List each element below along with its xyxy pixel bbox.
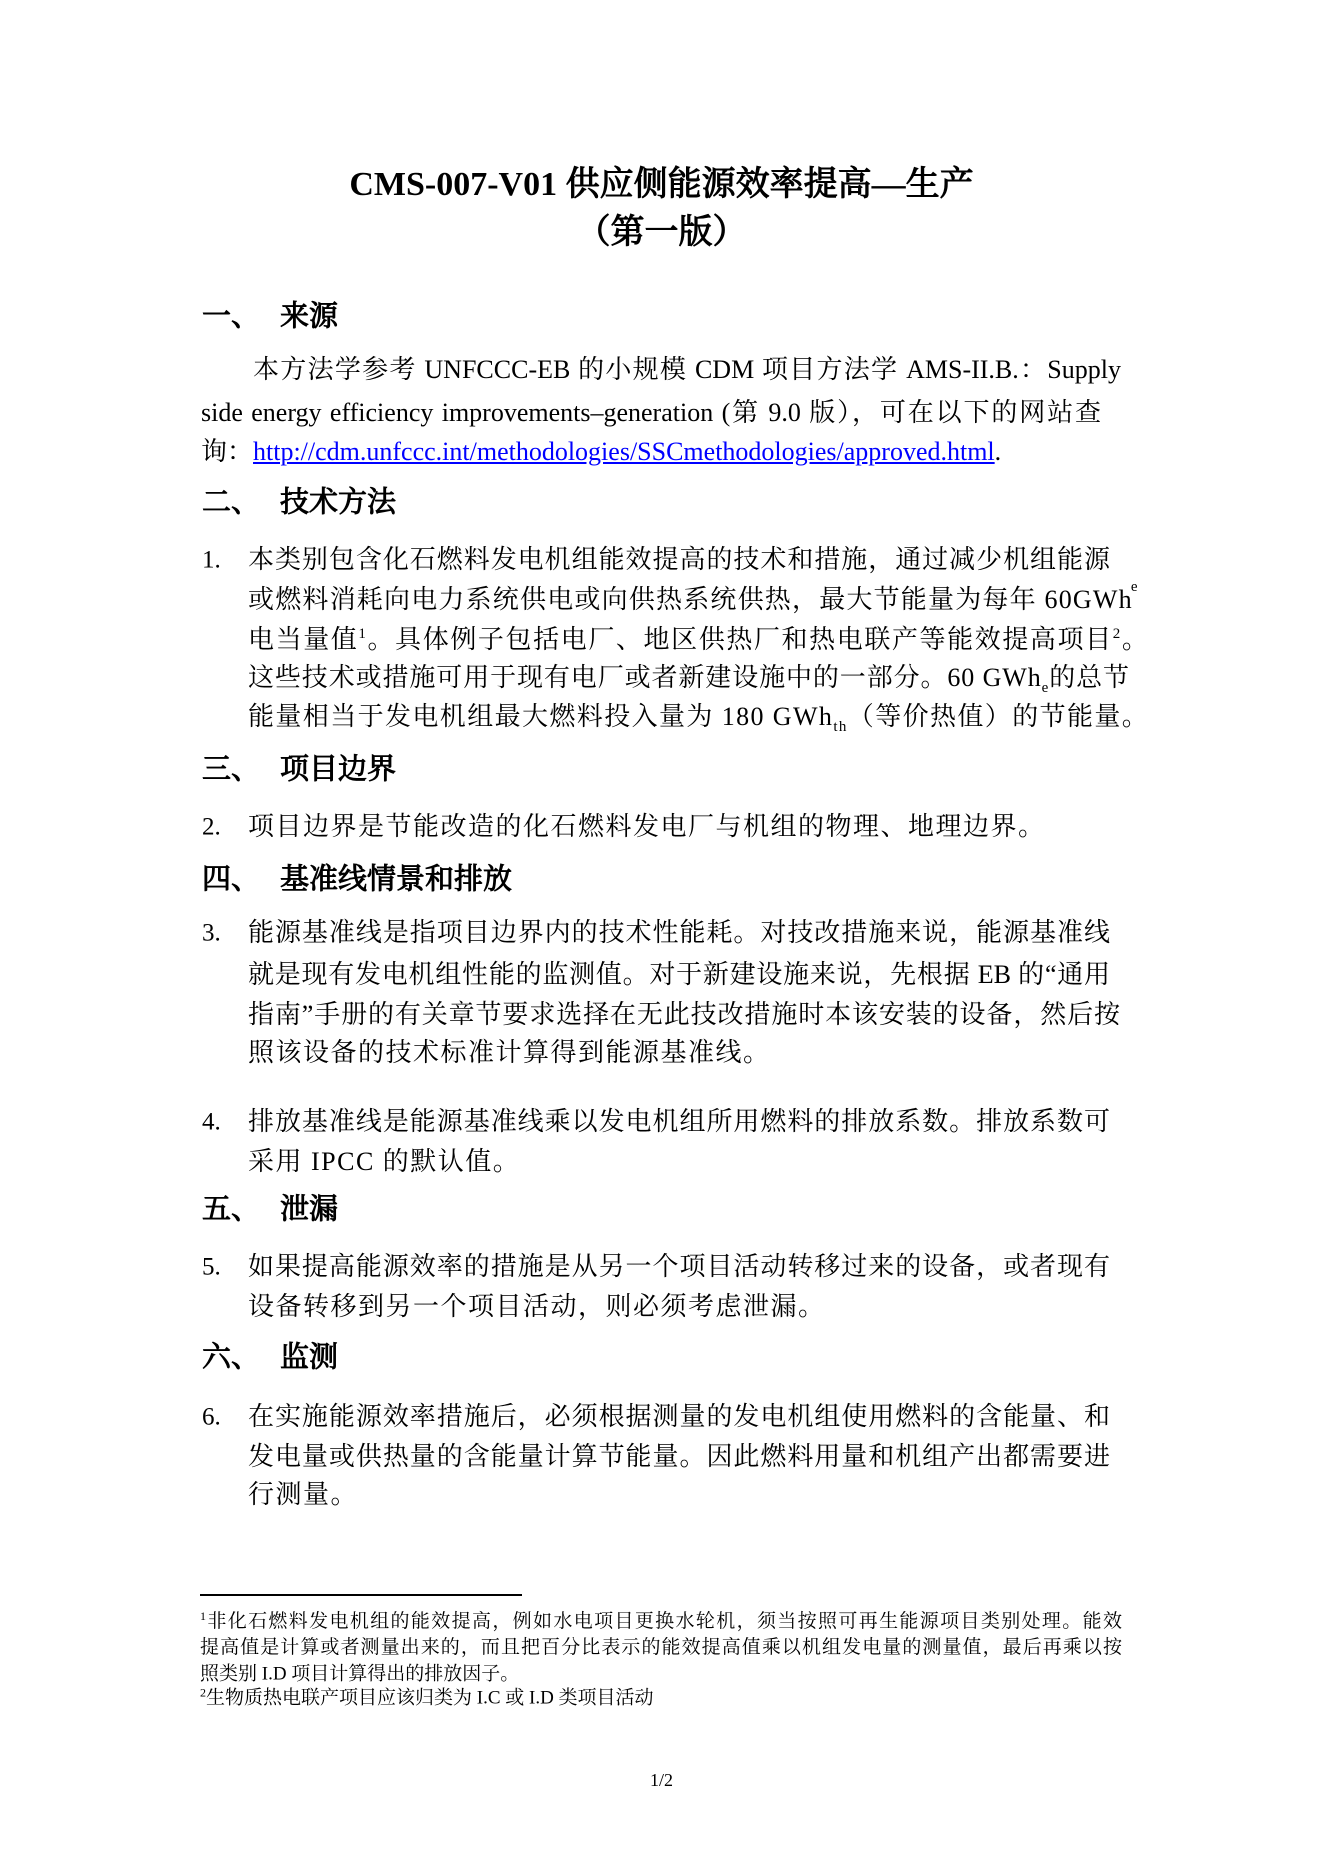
- section-title: 监测: [280, 1342, 338, 1374]
- subscript-th: th: [833, 719, 847, 735]
- item1-line3-period: 。: [1122, 625, 1150, 654]
- item5-line1: 如果提高能源效率的措施是从另一个项目活动转移过来的设备，或者现有: [248, 1251, 1110, 1283]
- footnote-separator: [200, 1594, 522, 1596]
- item1-line4-a: 这些技术或措施可用于现有电厂或者新建设施中的一部分。60 GWh: [248, 663, 1042, 692]
- footnote-1-line2: 提高值是计算或者测量出来的，而且把百分比表示的能效提高值乘以机组发电量的测量值，…: [200, 1636, 1122, 1660]
- source-paragraph-line3: 询：http://cdm.unfccc.int/methodologies/SS…: [201, 439, 1001, 465]
- section-number: 六、: [202, 1344, 280, 1373]
- item3-line1: 能源基准线是指项目边界内的技术性能耗。对技改措施来说，能源基准线: [248, 917, 1110, 949]
- section-number: 一、: [202, 303, 280, 332]
- document-title: CMS-007-V01 供应侧能源效率提高—生产: [0, 168, 1323, 202]
- item1-line5-b: （等价热值）的节能量。: [848, 702, 1149, 731]
- section-heading-boundary: 三、项目边界: [202, 756, 396, 785]
- section-heading-leakage: 五、泄漏: [202, 1196, 338, 1225]
- section-title: 泄漏: [280, 1194, 338, 1226]
- source-suffix: .: [995, 437, 1002, 466]
- section-heading-baseline: 四、基准线情景和排放: [202, 866, 512, 895]
- section-heading-technology: 二、技术方法: [202, 489, 396, 518]
- item1-line3-b: 。具体例子包括电厂、地区供热厂和热电联产等能效提高项目: [368, 625, 1113, 654]
- item1-line3-a: 电当量值: [248, 625, 358, 654]
- item3-line3: 指南”手册的有关章节要求选择在无此技改措施时本该安装的设备，然后按: [248, 999, 1120, 1031]
- item4-line2: 采用 IPCC 的默认值。: [248, 1149, 520, 1175]
- section-number: 五、: [202, 1196, 280, 1225]
- item3-line2: 就是现有发电机组性能的监测值。对于新建设施来说，先根据 EB 的“通用: [248, 959, 1110, 991]
- section-title: 来源: [280, 301, 338, 333]
- item6-line1: 在实施能源效率措施后，必须根据测量的发电机组使用燃料的含能量、和: [248, 1401, 1110, 1433]
- item1-line2: 或燃料消耗向电力系统供电或向供热系统供热，最大节能量为每年 60GWhe: [248, 587, 1118, 613]
- item-number: 2.: [202, 815, 221, 840]
- footnote-ref-2[interactable]: 2: [1113, 626, 1122, 642]
- item-number: 4.: [202, 1110, 221, 1135]
- footnote-ref-1[interactable]: 1: [358, 626, 367, 642]
- footnote-1-line3: 照类别 I.D 项目计算得出的排放因子。: [200, 1665, 519, 1684]
- item1-line2-text: 或燃料消耗向电力系统供电或向供热系统供热，最大节能量为每年 60GWh: [248, 587, 1133, 613]
- footnote-1-text: 非化石燃料发电机组的能效提高，例如水电项目更换水轮机，须当按照可再生能源项目类别…: [206, 1611, 1122, 1632]
- footnote-1-line1: 1非化石燃料发电机组的能效提高，例如水电项目更换水轮机，须当按照可再生能源项目类…: [200, 1610, 1122, 1634]
- section-title: 技术方法: [280, 487, 396, 519]
- item2-line1: 项目边界是节能改造的化石燃料发电厂与机组的物理、地理边界。: [248, 814, 1046, 840]
- source-paragraph-line2: side energy efficiency improvements–gene…: [201, 397, 1101, 429]
- item1-line4-b: 的总节: [1049, 663, 1130, 692]
- methodology-link[interactable]: http://cdm.unfccc.int/methodologies/SSCm…: [253, 437, 995, 466]
- document-version: （第一版）: [0, 216, 1323, 250]
- footnote-2-text: 生物质热电联产项目应该归类为 I.C 或 I.D 类项目活动: [206, 1688, 654, 1709]
- item-number: 3.: [202, 921, 221, 946]
- source-prefix: 询：: [201, 437, 253, 466]
- item5-line2: 设备转移到另一个项目活动，则必须考虑泄漏。: [248, 1294, 826, 1320]
- footnote-2: 2生物质热电联产项目应该归类为 I.C 或 I.D 类项目活动: [200, 1689, 654, 1708]
- source-paragraph-line1: 本方法学参考 UNFCCC-EB 的小规模 CDM 项目方法学 AMS-II.B…: [253, 354, 1121, 386]
- item-number: 5.: [202, 1255, 221, 1280]
- item6-line2: 发电量或供热量的含能量计算节能量。因此燃料用量和机组产出都需要进: [248, 1441, 1110, 1473]
- page-number: 1/2: [0, 1771, 1323, 1789]
- section-number: 二、: [202, 489, 280, 518]
- item-number: 1.: [202, 548, 221, 573]
- item1-line3: 电当量值1。具体例子包括电厂、地区供热厂和热电联产等能效提高项目2。: [248, 627, 1118, 653]
- item1-line5-a: 能量相当于发电机组最大燃料投入量为 180 GWh: [248, 702, 833, 731]
- subscript-e: e: [1131, 587, 1138, 613]
- section-title: 项目边界: [280, 754, 396, 786]
- section-number: 四、: [202, 866, 280, 895]
- section-title: 基准线情景和排放: [280, 864, 512, 896]
- item6-line3: 行测量。: [248, 1482, 358, 1508]
- item1-line4: 这些技术或措施可用于现有电厂或者新建设施中的一部分。60 GWhe的总节: [248, 665, 1124, 691]
- item1-line5: 能量相当于发电机组最大燃料投入量为 180 GWhth（等价热值）的节能量。: [248, 704, 1149, 730]
- item4-line1: 排放基准线是能源基准线乘以发电机组所用燃料的排放系数。排放系数可: [248, 1106, 1110, 1138]
- section-heading-monitoring: 六、监测: [202, 1344, 338, 1373]
- item3-line4: 照该设备的技术标准计算得到能源基准线。: [248, 1040, 771, 1066]
- section-heading-source: 一、来源: [202, 303, 338, 332]
- item-number: 6.: [202, 1405, 221, 1430]
- item1-line1: 本类别包含化石燃料发电机组能效提高的技术和措施，通过减少机组能源: [248, 544, 1110, 576]
- section-number: 三、: [202, 756, 280, 785]
